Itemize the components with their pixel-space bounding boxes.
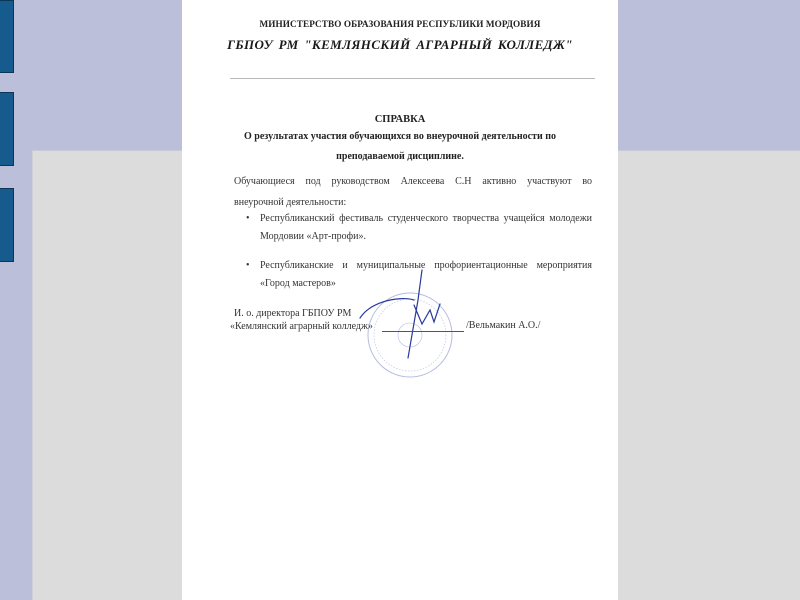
accent-bar-3 [0, 188, 14, 262]
intro-paragraph: Обучающиеся под руководством Алексеева С… [234, 171, 592, 213]
list-item: • Республиканские и муниципальные профор… [234, 257, 592, 293]
signatory-name: /Вельмакин А.О./ [466, 320, 540, 331]
accent-bar-2 [0, 92, 14, 166]
accent-bar-1 [0, 0, 14, 73]
activity-list: • Республиканский фестиваль студенческог… [234, 210, 592, 304]
bullet-icon: • [246, 210, 250, 228]
header-divider [230, 78, 595, 79]
ministry-header: МИНИСТЕРСТВО ОБРАЗОВАНИЯ РЕСПУБЛИКИ МОРД… [182, 19, 618, 29]
document-subtitle: О результатах участия обучающихся во вне… [222, 127, 578, 167]
signatory-position-line-1: И. о. директора ГБПОУ РМ [234, 307, 373, 320]
signature-line [382, 331, 464, 332]
signatory-position-line-2: «Кемлянский аграрный колледж» [230, 320, 373, 333]
list-item: • Республиканский фестиваль студенческог… [234, 210, 592, 246]
intro-line-2: внеурочной деятельности: [234, 197, 346, 208]
intro-line-1: Обучающиеся под руководством Алексеева С… [234, 171, 592, 192]
scanned-document-page: МИНИСТЕРСТВО ОБРАЗОВАНИЯ РЕСПУБЛИКИ МОРД… [182, 0, 618, 600]
college-header: ГБПОУ РМ "КЕМЛЯНСКИЙ АГРАРНЫЙ КОЛЛЕДЖ" [182, 37, 618, 53]
signatory-block: И. о. директора ГБПОУ РМ «Кемлянский агр… [234, 307, 373, 333]
bullet-icon: • [246, 257, 250, 275]
document-title: СПРАВКА [182, 114, 618, 125]
